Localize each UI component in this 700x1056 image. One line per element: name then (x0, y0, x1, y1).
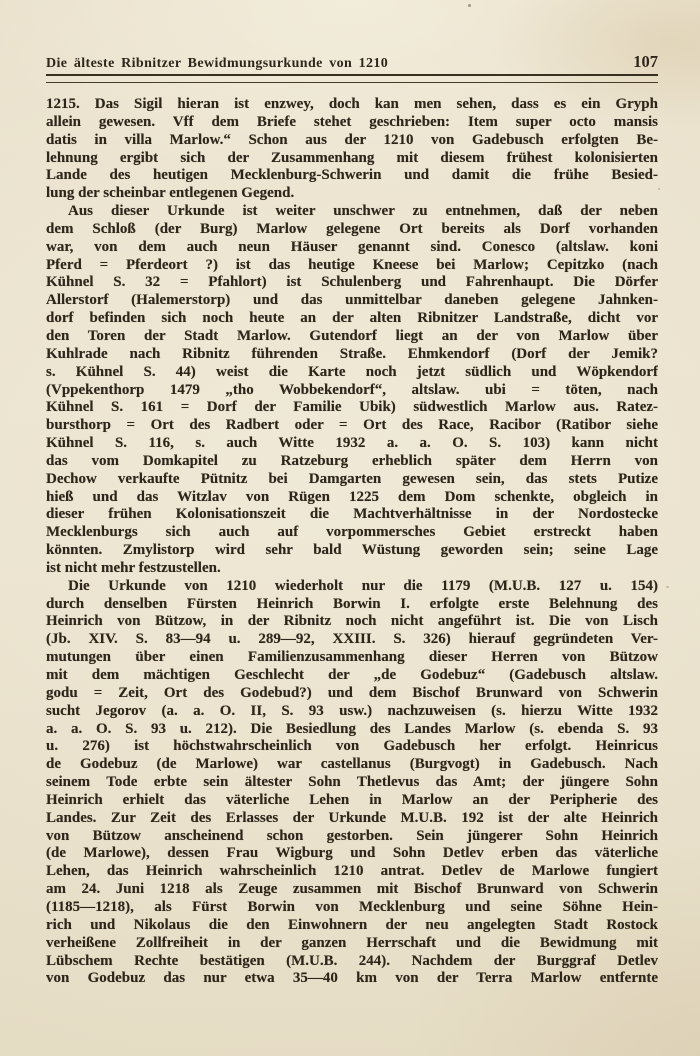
text-line: von Godebuz das nur etwa 35—40 km von de… (46, 970, 658, 988)
text-line: Landes. Zur Zeit des Erlasses der Urkund… (46, 810, 658, 828)
text-line: durch denselben Fürsten Heinrich Borwin … (46, 596, 658, 614)
text-line: Heinrich von Bützow, in der Ribnitz noch… (46, 613, 658, 631)
text-line: Pferd = Pferdeort ?) ist das heutige Kne… (46, 257, 658, 275)
text-line: Allerstorf (Halemerstorp) und das unmitt… (46, 292, 658, 310)
text-line: (de Marlowe), dessen Frau Wigburg und So… (46, 845, 658, 863)
text-line: s. Kühnel S. 44) weist die Karte noch je… (46, 364, 658, 382)
text-line: Aus dieser Urkunde ist weiter unschwer z… (46, 203, 658, 221)
text-line: ist nicht mehr festzustellen. (46, 560, 658, 578)
body-text: 1215. Das Sigil hieran ist enzwey, doch … (46, 96, 658, 988)
text-line: sucht Jegorov (a. a. O. II, S. 93 usw.) … (46, 703, 658, 721)
text-line: Heinrich erhielt das väterliche Lehen in… (46, 792, 658, 810)
paragraph: Aus dieser Urkunde ist weiter unschwer z… (46, 203, 658, 578)
paragraph: Die Urkunde von 1210 wiederholt nur die … (46, 578, 658, 988)
text-line: hieß und das Witzlav von Rügen 1225 dem … (46, 489, 658, 507)
paper-speck (658, 188, 660, 190)
text-line: (Vppekenthorp 1479 „tho Wobbekendorf“, a… (46, 382, 658, 400)
paragraph: 1215. Das Sigil hieran ist enzwey, doch … (46, 96, 658, 203)
text-line: seinem Tode erbte sein ältester Sohn The… (46, 774, 658, 792)
text-line: bursthorp = Ort des Radbert oder = Ort d… (46, 417, 658, 435)
text-line: Lehen, das Heinrich wahrscheinlich 1210 … (46, 863, 658, 881)
text-line: dem Schloß (der Burg) Marlow gelegene Or… (46, 221, 658, 239)
text-line: Kühnel S. 32 = Pfahlort) ist Schulenberg… (46, 274, 658, 292)
text-line: allein gewesen. Vff dem Briefe stehet ge… (46, 114, 658, 132)
text-line: war, von dem auch neun Häuser genannt si… (46, 239, 658, 257)
text-line: rich und Nikolaus die den Einwohnern der… (46, 917, 658, 935)
scanned-book-page: Die älteste Ribnitzer Bewidmungsurkunde … (0, 0, 700, 1056)
text-line: am 24. Juni 1218 als Zeuge zusammen mit … (46, 881, 658, 899)
text-line: dieser frühen Kolonisationszeit die Mach… (46, 506, 658, 524)
text-line: Kühnel S. 161 = Dorf der Familie Ubik) s… (46, 399, 658, 417)
running-head: Die älteste Ribnitzer Bewidmungsurkunde … (46, 52, 658, 72)
text-line: (1185—1218), als Fürst Borwin von Meckle… (46, 899, 658, 917)
paper-speck (468, 4, 471, 7)
text-line: (Jb. XIV. S. 83—94 u. 289—92, XXIII. S. … (46, 631, 658, 649)
page-number: 107 (633, 52, 658, 72)
text-line: verheißene Zollfreiheit in der ganzen He… (46, 935, 658, 953)
paper-speck (666, 586, 669, 588)
text-line: mutungen über einen Familienzusammenhang… (46, 649, 658, 667)
text-line: 1215. Das Sigil hieran ist enzwey, doch … (46, 96, 658, 114)
text-line: Die Urkunde von 1210 wiederholt nur die … (46, 578, 658, 596)
text-line: das vom Domkapitel zu Ratzeburg erheblic… (46, 453, 658, 471)
text-line: a. a. O. S. 93 u. 212). Die Besiedlung d… (46, 721, 658, 739)
text-line: datis in villa Marlow.“ Schon aus der 12… (46, 132, 658, 150)
text-line: mit dem mächtigen Geschlecht der „de God… (46, 667, 658, 685)
text-line: lehnung ergibt sich der Zusammenhang mit… (46, 150, 658, 168)
text-line: de Godebuz (de Marlowe) war castellanus … (46, 756, 658, 774)
text-line: von Bützow anscheinend schon gestorben. … (46, 828, 658, 846)
text-line: Lübschem Rechte bestätigen (M.U.B. 244).… (46, 953, 658, 971)
text-line: den Toren der Stadt Marlow. Gutendorf li… (46, 328, 658, 346)
text-line: Lande des heutigen Mecklenburg-Schwerin … (46, 167, 658, 185)
header-double-rule (46, 74, 658, 83)
text-line: Mecklenburgs sich auch auf vorpommersche… (46, 524, 658, 542)
text-line: Kuhlrade nach Ribnitz führenden Straße. … (46, 346, 658, 364)
text-line: dorf befinden sich noch heute an der alt… (46, 310, 658, 328)
text-line: godu = Zeit, Ort des Godebud?) und dem B… (46, 685, 658, 703)
text-line: könnten. Zmylistorp wird sehr bald Wüstu… (46, 542, 658, 560)
text-line: u. 276) ist höchstwahrscheinlich von Gad… (46, 738, 658, 756)
running-head-title: Die älteste Ribnitzer Bewidmungsurkunde … (46, 56, 388, 72)
text-line: Kühnel S. 116, s. auch Witte 1932 a. a. … (46, 435, 658, 453)
text-line: Dechow verkaufte Pütnitz bei Damgarten g… (46, 471, 658, 489)
text-line: lung der scheinbar entlegenen Gegend. (46, 185, 658, 203)
